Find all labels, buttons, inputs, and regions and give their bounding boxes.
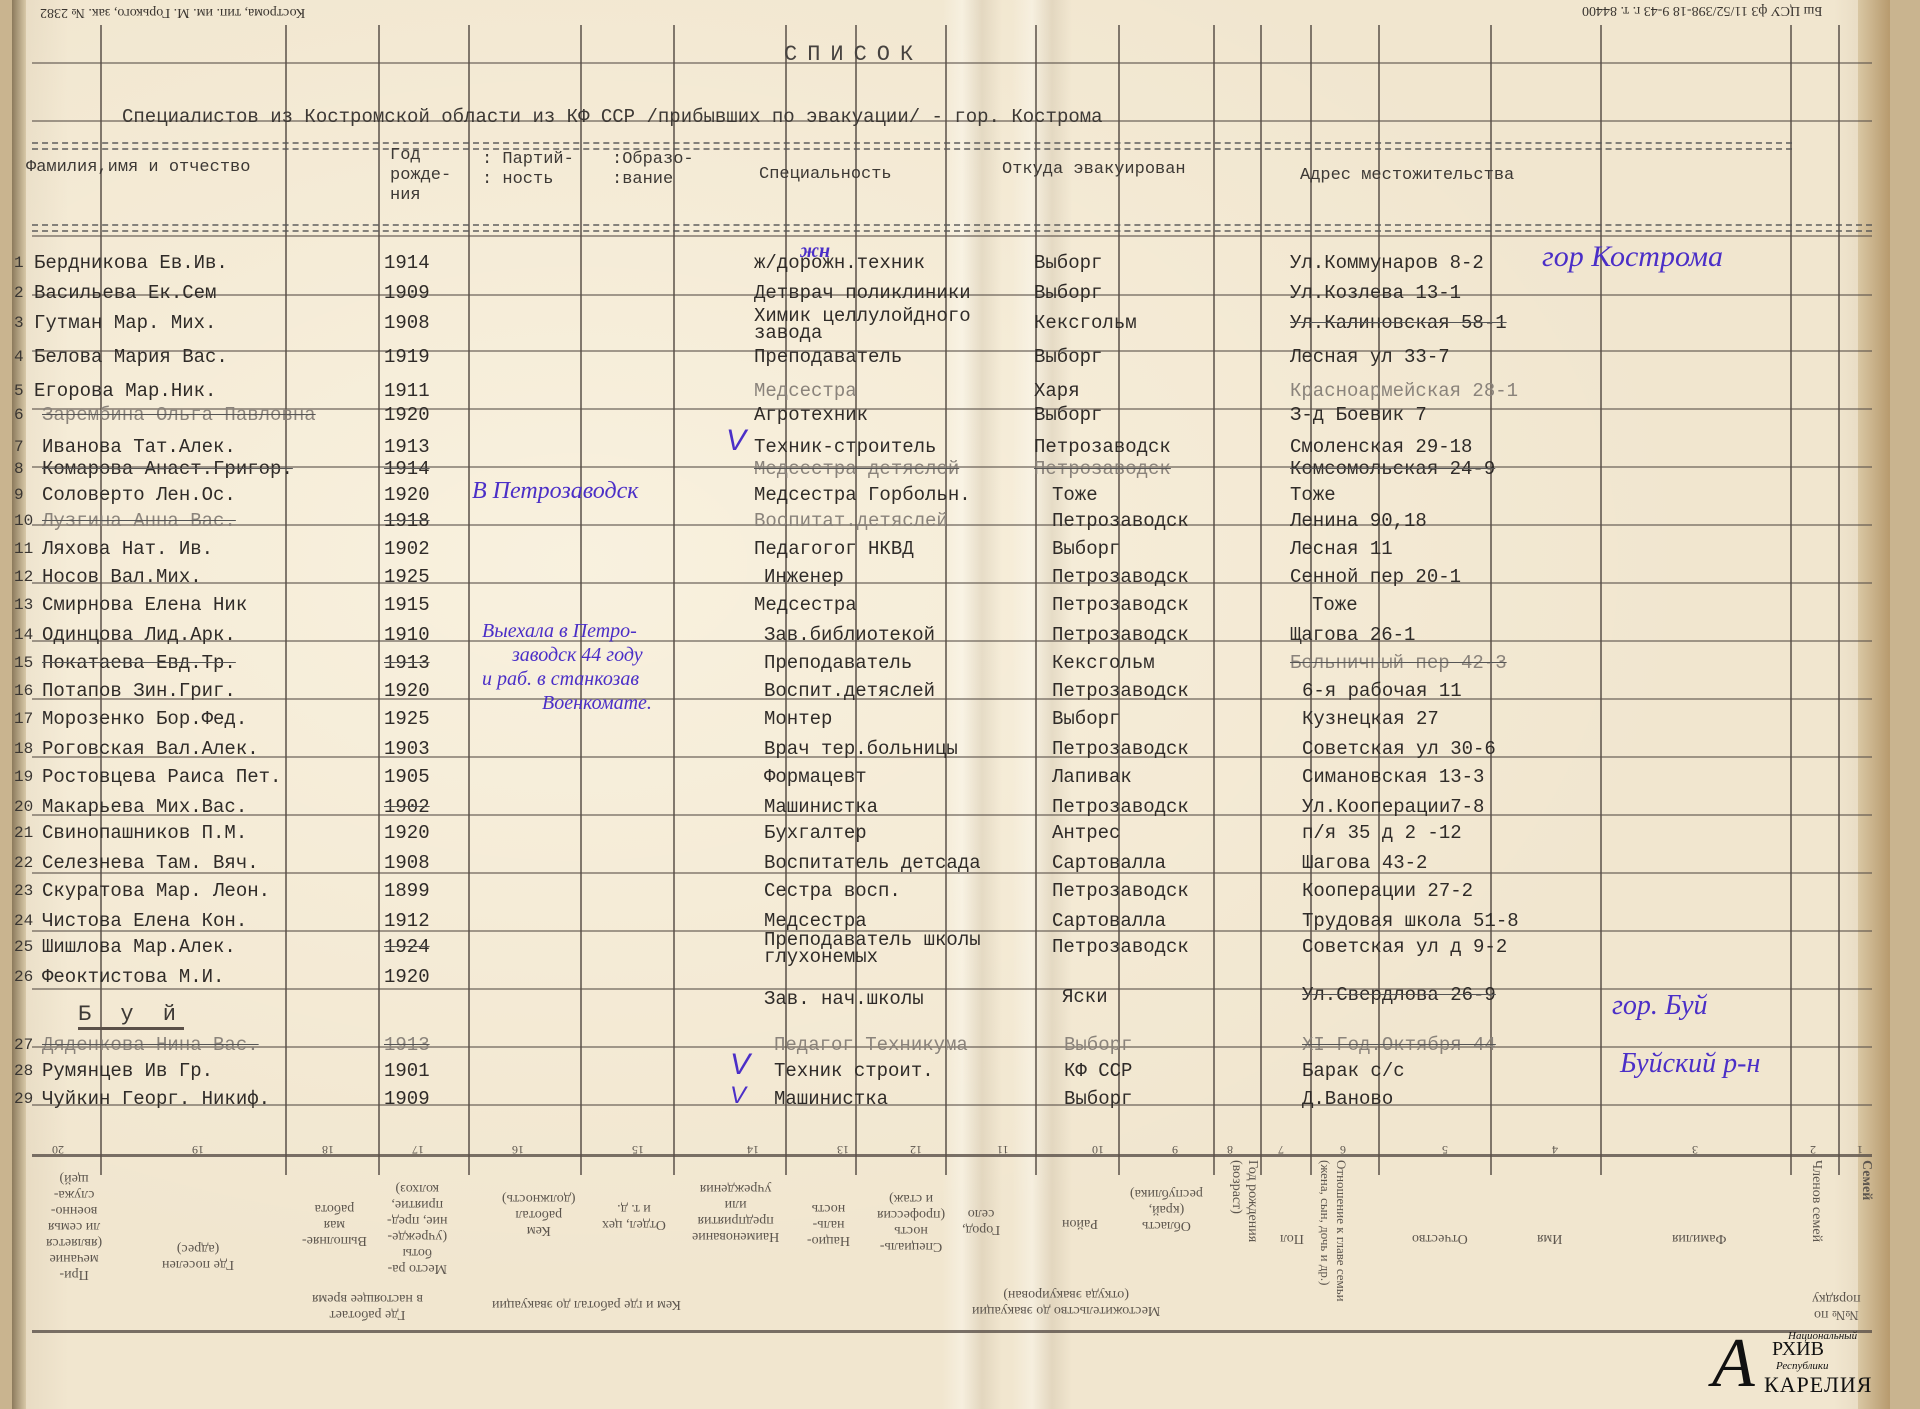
table-row: 4 Белова Мария Вас. 1919 Преподаватель В… (12, 346, 1890, 374)
table-row: 27 Дяденкова Нина Вас. 1913 Педагог Техн… (12, 1034, 1890, 1062)
from-cell: Выборг (1034, 404, 1102, 426)
name-cell: Комарова Анаст.Григор. (42, 458, 293, 480)
footer-header-relation: Отношение к главе семьи (жена, сын, дочь… (1317, 1160, 1349, 1310)
from-cell: Выборг (1064, 1088, 1132, 1110)
archive-karelia-logo: А Национальный РХИВ Республики КАРЕЛИЯ (1712, 1330, 1912, 1406)
column-header-party: : Партий- : ность (482, 150, 574, 190)
footer-group-current-work: Где работает в настоящее время (312, 1290, 423, 1322)
specialty-cell: Преподаватель школы глухонемых (764, 932, 1014, 966)
specialty-cell: Педагог Техникума (774, 1034, 968, 1056)
specialty-cell: Монтер (764, 708, 832, 730)
specialty-cell: Педагогог НКВД (754, 538, 914, 560)
table-row: 3 Гутман Мар. Мих. 1908 Химик целлулойдн… (12, 312, 1890, 340)
from-cell: Сартовалла (1052, 852, 1166, 874)
footer-header-settled: Где поселен (адрес) (162, 1240, 234, 1272)
handwritten-note-kostroma: гор Кострома (1542, 240, 1723, 274)
specialty-cell: Техник-строитель (754, 436, 936, 458)
year-cell: 1924 (384, 936, 430, 958)
name-cell: Роговская Вал.Алек. (42, 738, 259, 760)
address-cell: XI Год.Октября 44 (1302, 1034, 1496, 1056)
from-cell: Кексгольм (1034, 312, 1137, 334)
header-dashed-top (32, 142, 1792, 150)
name-cell: Смирнова Елена Ник (42, 594, 247, 616)
address-cell: Советская ул д 9-2 (1302, 936, 1507, 958)
year-cell: 1920 (384, 822, 430, 844)
specialty-cell: Бухгалтер (764, 822, 867, 844)
name-cell: Лузгина Анна Вас. (42, 510, 236, 532)
footer-header-notes: При- мечание (является ли семья военно- … (46, 1170, 102, 1282)
from-cell: Петрозаводск (1034, 436, 1171, 458)
address-cell: Лесная ул 33-7 (1290, 346, 1450, 368)
name-cell: Васильева Ек.Сем (34, 282, 216, 304)
printer-mark-right: Бш ЦСУ ф3 11/52/398-18 9-43 г. т. 84400 (1582, 2, 1822, 18)
specialty-cell: Детврач поликлиники (754, 282, 971, 304)
year-cell: 1911 (384, 380, 430, 402)
check-mark-icon: V (730, 1048, 750, 1082)
from-cell: КФ ССР (1064, 1060, 1132, 1082)
year-cell: 1908 (384, 852, 430, 874)
year-cell: 1913 (384, 652, 430, 674)
name-cell: Макарьева Мих.Вас. (42, 796, 247, 818)
footer-header-families: Семей (1858, 1160, 1874, 1220)
specialty-cell: Зав. нач.школы (764, 988, 924, 1010)
specialty-cell: Зав.библиотекой (764, 624, 935, 646)
from-cell: Петрозаводск (1052, 624, 1189, 646)
name-cell: Егорова Мар.Ник. (34, 380, 216, 402)
from-cell: Выборг (1034, 282, 1102, 304)
printer-mark-left: Кострома, тип. им. М. Горького, зак. № 2… (40, 4, 305, 20)
address-cell: Барак с/с (1302, 1060, 1405, 1082)
from-cell: Петрозаводск (1052, 510, 1189, 532)
footer-header-enterprise: Наименование предприятия или учреждения (692, 1180, 779, 1244)
address-cell: Тоже (1312, 594, 1358, 616)
footer-header-patronymic: Отчество (1412, 1230, 1468, 1246)
address-cell: Ул.Кооперации7-8 (1302, 796, 1484, 818)
handwritten-note-bui: гор. Буй (1612, 990, 1708, 1022)
from-cell: Выборг (1064, 1034, 1132, 1056)
year-cell: 1908 (384, 312, 430, 334)
from-cell: Выборг (1034, 252, 1102, 274)
address-cell: 6-я рабочая 11 (1302, 680, 1462, 702)
from-cell: Лапивак (1052, 766, 1132, 788)
specialty-cell: Формацевт (764, 766, 867, 788)
year-cell: 1918 (384, 510, 430, 532)
year-cell: 1919 (384, 346, 430, 368)
footer-group-order-number: №№ по порядку (1812, 1290, 1861, 1322)
address-cell: Смоленская 29-18 (1290, 436, 1472, 458)
footer-header-nationality: Нацио- наль- ность (807, 1200, 850, 1248)
section-heading-bui: Б у й (78, 1002, 184, 1030)
name-cell: Румянцев Ив Гр. (42, 1060, 213, 1082)
specialty-cell: Сестра восп. (764, 880, 901, 902)
year-cell: 1910 (384, 624, 430, 646)
address-cell: Ул.Козлева 13-1 (1290, 282, 1461, 304)
year-cell: 1920 (384, 484, 430, 506)
year-cell: 1902 (384, 538, 430, 560)
column-header-name: Фамилия,имя и отчество (26, 158, 250, 178)
year-cell: 1902 (384, 796, 430, 818)
address-cell: Кузнецкая 27 (1302, 708, 1439, 730)
year-cell: 1899 (384, 880, 430, 902)
specialty-cell: Преподаватель (764, 652, 912, 674)
name-cell: Чуйкин Георг. Никиф. (42, 1088, 270, 1110)
specialty-cell: Медсестра (754, 594, 857, 616)
address-cell: Ул.Свердлова 26-9 (1302, 984, 1496, 1006)
specialty-cell: Преподаватель (754, 346, 902, 368)
table-row: 25 Шишлова Мар.Алек. 1924 Преподаватель … (12, 936, 1890, 964)
address-cell: Советская ул 30-6 (1302, 738, 1496, 760)
footer-header-region: Область (край, республика) (1130, 1185, 1203, 1233)
year-cell: 1909 (384, 1088, 430, 1110)
specialty-cell: Воспитатель детсада (764, 852, 981, 874)
table-row: 10 Лузгина Анна Вас. 1918 Воспитат.детяс… (12, 510, 1890, 538)
footer-header-workplace: Место ра- боты (учрежде- ние, пред- прия… (387, 1180, 448, 1276)
name-cell: Бердникова Ев.Ив. (34, 252, 228, 274)
handwritten-insert: жн (800, 240, 830, 263)
name-cell: Селезнева Там. Вяч. (42, 852, 259, 874)
from-cell: Петрозаводск (1052, 738, 1189, 760)
address-cell: Комсомольская 24-9 (1290, 458, 1495, 480)
handwritten-note-bui-district: Буйский р-н (1620, 1048, 1760, 1080)
footer-header-position: Кем работал (должность) (502, 1190, 575, 1238)
from-cell: Петрозаводск (1052, 680, 1189, 702)
address-cell: Лесная 11 (1290, 538, 1393, 560)
year-cell: 1925 (384, 566, 430, 588)
name-cell: Зарембина Ольга Павловна (42, 404, 316, 426)
from-cell: Сартовалла (1052, 910, 1166, 932)
year-cell: 1901 (384, 1060, 430, 1082)
specialty-cell: Воспит.детяслей (764, 680, 935, 702)
column-header-year: Год рожде- ния (390, 146, 451, 206)
specialty-cell: Воспитат.детяслей (754, 510, 948, 532)
year-cell: 1925 (384, 708, 430, 730)
table-row: 20 Макарьева Мих.Вас. 1902 Машинистка Пе… (12, 796, 1890, 824)
table-row: 8 Комарова Анаст.Григор. 1914 Медсестра … (12, 458, 1890, 486)
handwritten-note-line1: Выехала в Петро- (482, 620, 637, 643)
name-cell: Носов Вал.Мих. (42, 566, 202, 588)
year-cell: 1920 (384, 680, 430, 702)
name-cell: Феоктистова М.И. (42, 966, 224, 988)
from-cell: Выборг (1034, 346, 1102, 368)
name-cell: Соловерто Лен.Ос. (42, 484, 236, 506)
address-cell: Кооперации 27-2 (1302, 880, 1473, 902)
table-row: 11 Ляхова Нат. Ив. 1902 Педагогог НКВД В… (12, 538, 1890, 566)
specialty-cell: ж/дорожн.техник (754, 252, 925, 274)
column-header-specialty: Специальность (759, 165, 892, 185)
address-cell: п/я 35 д 2 -12 (1302, 822, 1462, 844)
from-cell: Яски (1062, 986, 1108, 1008)
from-cell: Петрозаводск (1052, 796, 1189, 818)
address-cell: Симановская 13-3 (1302, 766, 1484, 788)
footer-header-specialty: Специаль- ность (профессия и стаж) (877, 1190, 945, 1254)
name-cell: Потапов Зин.Григ. (42, 680, 236, 702)
specialty-cell: Агротехник (754, 404, 868, 426)
specialty-cell: Медсестра Горбольн. (754, 484, 971, 506)
handwritten-note-petrozavodsk: В Петрозаводск (472, 478, 639, 505)
name-cell: Ляхова Нат. Ив. (42, 538, 213, 560)
handwritten-note-line4: Военкомате. (542, 692, 652, 715)
table-row: 17 Морозенко Бор.Фед. 1925 Монтер Выборг… (12, 708, 1890, 736)
address-cell: Трудовая школа 51-8 (1302, 910, 1519, 932)
check-mark-icon: V (726, 424, 746, 458)
specialty-cell: Медсестра детяслей (754, 458, 959, 480)
name-cell: Чистова Елена Кон. (42, 910, 247, 932)
from-cell: Харя (1034, 380, 1080, 402)
address-cell: Красноармейская 28-1 (1290, 380, 1518, 402)
address-cell: Ленина 90,18 (1290, 510, 1427, 532)
footer-header-district: Район (1062, 1215, 1098, 1231)
column-header-education: :Образо- :вание (612, 150, 694, 190)
from-cell: Петрозаводск (1052, 936, 1189, 958)
footer-header-department: Отдел, цех и т. д. (602, 1200, 666, 1232)
table-row: 9 Соловерто Лен.Ос. 1920 Медсестра Горбо… (12, 484, 1890, 512)
specialty-cell: Врач тер.больницы (764, 738, 958, 760)
table-row: 23 Скуратова Мар. Леон. 1899 Сестра восп… (12, 880, 1890, 908)
footer-header-family-members: Членов семей (1808, 1160, 1824, 1280)
name-cell: Гутман Мар. Мих. (34, 312, 216, 334)
footer-header-surname: Фамилия (1672, 1230, 1727, 1246)
footer-header-current-job: Выполняе- мая работа (302, 1200, 367, 1248)
specialty-cell: Медсестра (754, 380, 857, 402)
footer-header-birth-year: Год рождения (возраст) (1228, 1160, 1260, 1290)
address-cell: Шагова 43-2 (1302, 852, 1427, 874)
table-row: 28 Румянцев Ив Гр. 1901 Техник строит. К… (12, 1060, 1890, 1088)
year-cell: 1920 (384, 966, 430, 988)
table-row: 21 Свинопашников П.М. 1920 Бухгалтер Ант… (12, 822, 1890, 850)
address-cell: Ул.Коммунаров 8-2 (1290, 252, 1484, 274)
name-cell: Белова Мария Вас. (34, 346, 228, 368)
table-row: 26 Феоктистова М.И. 1920 Зав. нач.школы … (12, 966, 1890, 994)
name-cell: Шишлова Мар.Алек. (42, 936, 236, 958)
year-cell: 1903 (384, 738, 430, 760)
year-cell: 1905 (384, 766, 430, 788)
name-cell: Скуратова Мар. Леон. (42, 880, 270, 902)
table-row: 16 Потапов Зин.Григ. 1920 Воспит.детясле… (12, 680, 1890, 708)
year-cell: 1909 (384, 282, 430, 304)
year-cell: 1913 (384, 436, 430, 458)
handwritten-note-line3: и раб. в станкозав (482, 668, 639, 691)
column-header-address: Адрес местожительства (1300, 166, 1514, 186)
name-cell: Дяденкова Нина Вас. (42, 1034, 259, 1056)
address-cell: Тоже (1290, 484, 1336, 506)
name-cell: Морозенко Бор.Фед. (42, 708, 247, 730)
table-row: 15 Покатаева Евд.Тр. 1913 Преподаватель … (12, 652, 1890, 680)
address-cell: Больничный пер 42-3 (1290, 652, 1507, 674)
year-cell: 1920 (384, 404, 430, 426)
table-row: 14 Одинцова Лид.Арк. 1910 Зав.библиотеко… (12, 624, 1890, 652)
year-cell: 1913 (384, 1034, 430, 1056)
from-cell: Антрес (1052, 822, 1120, 844)
from-cell: Кексгольм (1052, 652, 1155, 674)
year-cell: 1914 (384, 252, 430, 274)
document-title: СПИСОК (784, 42, 923, 67)
footer-group-residence: Местожительство до эвакуации (откуда эва… (972, 1286, 1160, 1318)
name-cell: Покатаева Евд.Тр. (42, 652, 236, 674)
address-cell: З-д Боевик 7 (1290, 404, 1427, 426)
table-row: 6 Зарембина Ольга Павловна 1920 Агротехн… (12, 404, 1890, 432)
address-cell: Щагова 26-1 (1290, 624, 1415, 646)
check-mark-icon: V (730, 1082, 746, 1110)
specialty-cell: Техник строит. (774, 1060, 934, 1082)
from-cell: Петрозаводск (1034, 458, 1171, 480)
table-row: 13 Смирнова Елена Ник 1915 Медсестра Пет… (12, 594, 1890, 622)
table-row: 22 Селезнева Там. Вяч. 1908 Воспитатель … (12, 852, 1890, 880)
name-cell: Одинцова Лид.Арк. (42, 624, 236, 646)
year-cell: 1912 (384, 910, 430, 932)
table-row: 18 Роговская Вал.Алек. 1903 Врач тер.бол… (12, 738, 1890, 766)
specialty-cell: Машинистка (764, 796, 878, 818)
year-cell: 1914 (384, 458, 430, 480)
footer-header-first-name: Имя (1537, 1230, 1562, 1246)
archival-document-page: Кострома, тип. им. М. Горького, зак. № 2… (12, 0, 1890, 1409)
specialty-cell: Химик целлулойдного завода (754, 308, 1024, 342)
header-dashed-bottom (32, 224, 1872, 232)
from-cell: Петрозаводск (1052, 594, 1189, 616)
from-cell: Выборг (1052, 708, 1120, 730)
from-cell: Петрозаводск (1052, 566, 1189, 588)
table-row: 12 Носов Вал.Мих. 1925 Инженер Петрозаво… (12, 566, 1890, 594)
handwritten-note-line2: заводск 44 году (512, 644, 643, 667)
name-cell: Ростовцева Раиса Пет. (42, 766, 281, 788)
address-cell: Д.Ваново (1302, 1088, 1393, 1110)
table-row: 29 Чуйкин Георг. Никиф. 1909 Машинистка … (12, 1088, 1890, 1116)
table-row: 19 Ростовцева Раиса Пет. 1905 Формацевт … (12, 766, 1890, 794)
from-cell: Выборг (1052, 538, 1120, 560)
year-cell: 1915 (384, 594, 430, 616)
footer-group-before-evacuation: Кем и где работал до эвакуации (492, 1296, 681, 1312)
from-cell: Тоже (1052, 484, 1098, 506)
name-cell: Свинопашников П.М. (42, 822, 247, 844)
name-cell: Иванова Тат.Алек. (42, 436, 236, 458)
footer-header-city: Город, село (962, 1205, 1000, 1237)
footer-header-sex: Пол (1280, 1230, 1304, 1246)
specialty-cell: Машинистка (774, 1088, 888, 1110)
specialty-cell: Инженер (764, 566, 844, 588)
column-header-from: Откуда эвакуирован (1002, 160, 1186, 180)
address-cell: Сенной пер 20-1 (1290, 566, 1461, 588)
document-subtitle: Специалистов из Костромской области из К… (122, 106, 1103, 128)
address-cell: Ул.Калиновская 58-1 (1290, 312, 1507, 334)
from-cell: Петрозаводск (1052, 880, 1189, 902)
